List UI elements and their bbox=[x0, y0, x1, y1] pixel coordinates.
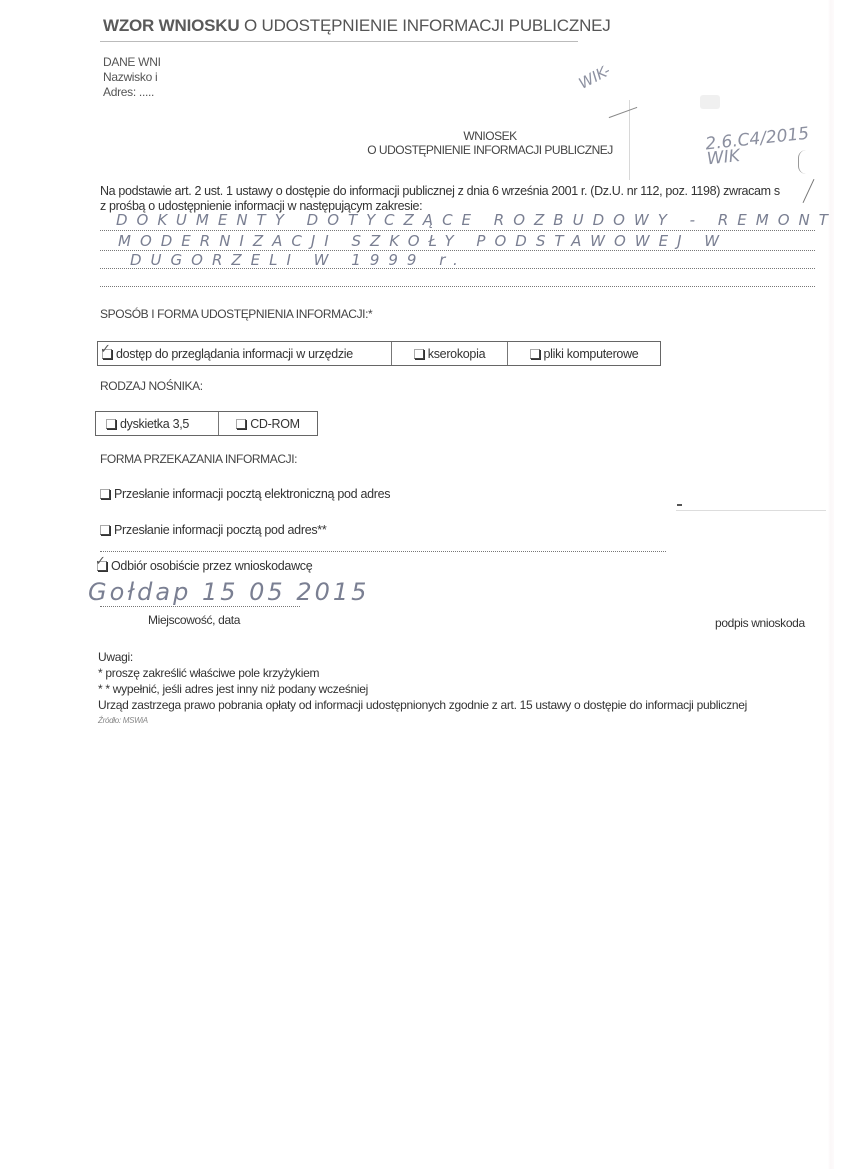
intro-line-1: Na podstawie art. 2 ust. 1 ustawy o dost… bbox=[100, 184, 780, 198]
option-cd-rom[interactable]: CD-ROM bbox=[219, 412, 317, 435]
option-label: kserokopia bbox=[428, 347, 485, 361]
note-fee: Urząd zastrzega prawo pobrania opłaty od… bbox=[98, 697, 747, 713]
option-view-in-office[interactable]: dostęp do przeglądania informacji w urzę… bbox=[98, 342, 392, 365]
request-heading-line1: WNIOSEK bbox=[340, 129, 640, 143]
notes-heading: Uwagi: bbox=[98, 649, 747, 665]
option-label: CD-ROM bbox=[250, 417, 300, 431]
option-post-delivery[interactable]: Przesłanie informacji pocztą pod adres** bbox=[100, 523, 326, 537]
checkbox-checked-icon[interactable] bbox=[97, 561, 107, 571]
checkbox-icon[interactable] bbox=[106, 419, 116, 429]
applicant-address-label: Adres: ..... bbox=[103, 85, 161, 100]
scope-handwriting-3: DUGORZELI W 1999 r. bbox=[130, 251, 467, 269]
option-email-delivery[interactable]: Przesłanie informacji pocztą elektronicz… bbox=[100, 487, 390, 501]
place-date-label: Miejscowość, data bbox=[148, 613, 240, 627]
email-address-line bbox=[676, 510, 826, 511]
signature-label: podpis wnioskoda bbox=[715, 616, 805, 630]
checkbox-icon[interactable] bbox=[100, 525, 110, 535]
scan-speck bbox=[677, 504, 682, 506]
applicant-block: DANE WNI Nazwisko i Adres: ..... bbox=[103, 55, 161, 100]
place-date-handwriting: Gołdap 15 05 2015 bbox=[88, 578, 369, 606]
checkbox-icon[interactable] bbox=[414, 349, 424, 359]
option-label: Odbiór osobiście przez wnioskodawcę bbox=[111, 559, 312, 573]
post-address-line bbox=[100, 551, 666, 552]
pen-curve bbox=[798, 150, 807, 174]
option-label: dyskietka 3,5 bbox=[120, 417, 189, 431]
option-label: pliki komputerowe bbox=[544, 347, 639, 361]
option-label: Przesłanie informacji pocztą pod adres** bbox=[114, 523, 326, 537]
option-label: dostęp do przeglądania informacji w urzę… bbox=[116, 347, 353, 361]
checkbox-checked-icon[interactable] bbox=[102, 349, 112, 359]
applicant-data-label: DANE WNI bbox=[103, 55, 161, 70]
delivery-section-label: FORMA PRZEKAZANIA INFORMACJI: bbox=[100, 452, 297, 466]
scope-line-4 bbox=[100, 286, 815, 287]
case-number-annotation: 2.6.C4/2015 WIK bbox=[705, 127, 812, 168]
source-note: Źródło: MSWiA bbox=[98, 713, 747, 729]
document-title-bold: WZOR WNIOSKU bbox=[103, 16, 239, 35]
request-heading-line2: O UDOSTĘPNIENIE INFORMACJI PUBLICZNEJ bbox=[340, 143, 640, 157]
handwritten-mark-top: WIK- bbox=[576, 61, 614, 92]
document-title: WZOR WNIOSKU O UDOSTĘPNIENIE INFORMACJI … bbox=[103, 16, 611, 36]
note-1: * proszę zakreślić właściwe pole krzyżyk… bbox=[98, 665, 747, 681]
document-title-rest: O UDOSTĘPNIENIE INFORMACJI PUBLICZNEJ bbox=[239, 16, 610, 35]
option-label: Przesłanie informacji pocztą elektronicz… bbox=[114, 487, 390, 501]
form-section-label: SPOSÓB I FORMA UDOSTĘPNIENIA INFORMACJI:… bbox=[100, 307, 372, 321]
form-options-box: dostęp do przeglądania informacji w urzę… bbox=[97, 341, 661, 366]
option-floppy[interactable]: dyskietka 3,5 bbox=[96, 412, 219, 435]
faint-stamp bbox=[700, 95, 720, 109]
option-personal-pickup[interactable]: Odbiór osobiście przez wnioskodawcę bbox=[97, 559, 312, 573]
pen-stroke bbox=[609, 107, 638, 118]
applicant-name-label: Nazwisko i bbox=[103, 70, 161, 85]
scope-line-1 bbox=[100, 230, 815, 231]
notes-block: Uwagi: * proszę zakreślić właściwe pole … bbox=[98, 649, 747, 729]
note-2: * * wypełnić, jeśli adres jest inny niż … bbox=[98, 681, 747, 697]
scope-handwriting-2: MODERNIZACJI SZKOŁY PODSTAWOWEJ W bbox=[118, 232, 728, 250]
option-computer-files[interactable]: pliki komputerowe bbox=[508, 342, 660, 365]
place-date-line bbox=[100, 606, 300, 607]
title-underline bbox=[100, 41, 578, 42]
scan-edge bbox=[828, 0, 834, 1169]
pen-slash bbox=[803, 179, 815, 203]
medium-options-box: dyskietka 3,5 CD-ROM bbox=[95, 411, 318, 436]
checkbox-icon[interactable] bbox=[236, 419, 246, 429]
scope-handwriting-1: DOKUMENTY DOTYCZĄCE ROZBUDOWY - REMONT bbox=[116, 211, 837, 229]
checkbox-icon[interactable] bbox=[100, 489, 110, 499]
medium-section-label: RODZAJ NOŚNIKA: bbox=[100, 379, 203, 393]
request-heading: WNIOSEK O UDOSTĘPNIENIE INFORMACJI PUBLI… bbox=[340, 129, 640, 157]
option-photocopy[interactable]: kserokopia bbox=[392, 342, 508, 365]
checkbox-icon[interactable] bbox=[530, 349, 540, 359]
